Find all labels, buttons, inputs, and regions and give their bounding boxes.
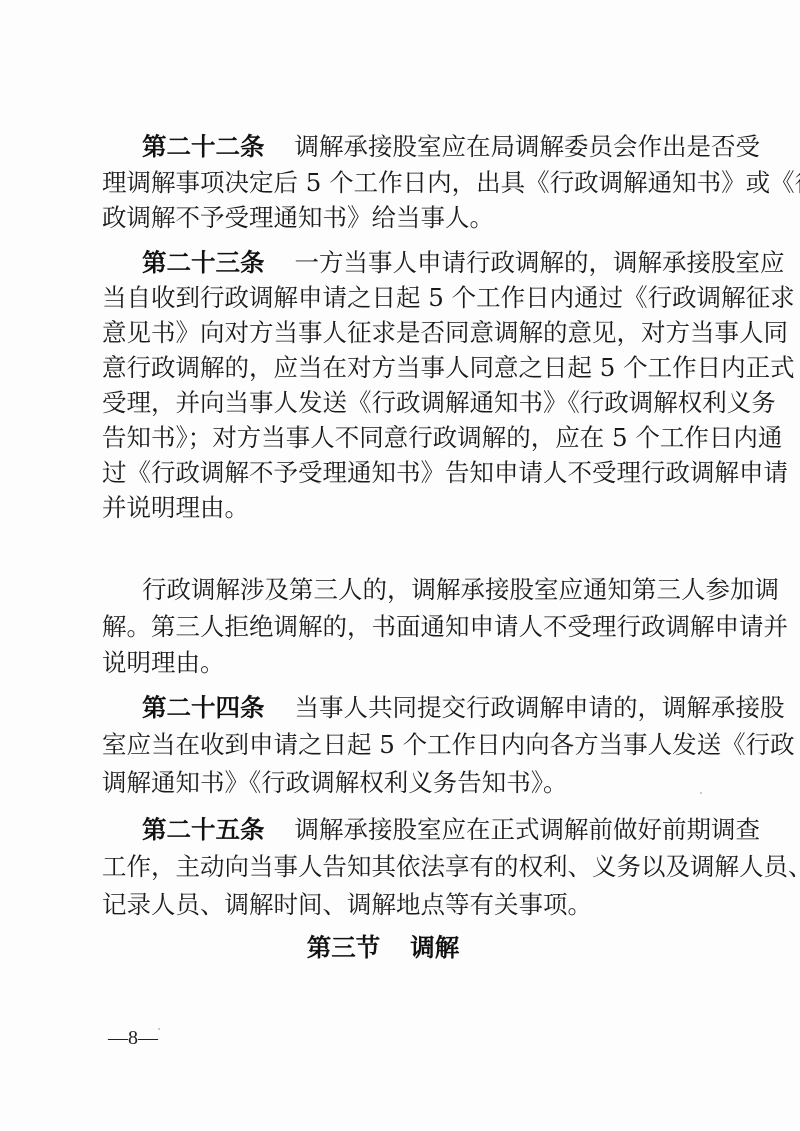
article-25-line-1: 第二十五条调解承接股室应在正式调解前做好前期调查 — [142, 812, 670, 848]
article-23-line-7: 过《行政调解不予受理通知书》告知申请人不受理行政调解申请 — [102, 455, 670, 491]
article-23-line-4: 意行政调解的，应当在对方当事人同意之日起 5 个工作日内正式 — [102, 350, 670, 386]
article-24-line-1: 第二十四条当事人共同提交行政调解申请的，调解承接股 — [142, 690, 670, 726]
third-party-paragraph-line-1: 行政调解涉及第三人的，调解承接股室应通知第三人参加调 — [142, 572, 670, 608]
article-number: 第二十五条 — [142, 815, 265, 844]
article-number: 第二十四条 — [142, 693, 265, 722]
article-25-line-3: 记录人员、调解时间、调解地点等有关事项。 — [102, 887, 670, 923]
article-23-line-2: 当自收到行政调解申请之日起 5 个工作日内通过《行政调解征求 — [102, 280, 670, 316]
article-25-line-2: 工作，主动向当事人告知其依法享有的权利、义务以及调解人员、 — [102, 849, 670, 885]
document-page: 第二十二条调解承接股室应在局调解委员会作出是否受 理调解事项决定后 5 个工作日… — [0, 0, 800, 1131]
article-24-line-2: 室应当在收到申请之日起 5 个工作日内向各方当事人发送《行政 — [102, 727, 670, 763]
article-text: 调解承接股室应在正式调解前做好前期调查 — [295, 815, 761, 844]
article-23-line-3: 意见书》向对方当事人征求是否同意调解的意见，对方当事人同 — [102, 315, 670, 351]
article-24-line-3: 调解通知书》《行政调解权利义务告知书》。 — [102, 765, 670, 801]
page-number: —8— — [108, 1023, 158, 1053]
section-heading: 第三节调解 — [0, 930, 766, 966]
section-number: 第三节 — [307, 933, 381, 962]
scan-speck — [158, 1028, 160, 1030]
article-23-line-8: 并说明理由。 — [102, 490, 670, 526]
article-23-line-1: 第二十三条一方当事人申请行政调解的，调解承接股室应 — [142, 245, 670, 281]
third-party-paragraph-line-2: 解。第三人拒绝调解的，书面通知申请人不受理行政调解申请并 — [102, 609, 670, 645]
article-text: 一方当事人申请行政调解的，调解承接股室应 — [295, 248, 785, 277]
article-22-line-1: 第二十二条调解承接股室应在局调解委员会作出是否受 — [142, 129, 670, 165]
scan-speck — [318, 482, 320, 484]
article-text: 调解承接股室应在局调解委员会作出是否受 — [295, 132, 761, 161]
section-title: 调解 — [410, 933, 459, 962]
article-22-line-2: 理调解事项决定后 5 个工作日内，出具《行政调解通知书》或《行 — [102, 165, 670, 201]
article-23-line-5: 受理，并向当事人发送《行政调解通知书》《行政调解权利义务 — [102, 385, 670, 421]
article-22-line-3: 政调解不予受理通知书》给当事人。 — [102, 200, 670, 236]
scan-speck — [700, 792, 702, 794]
article-number: 第二十二条 — [142, 132, 265, 161]
third-party-paragraph-line-3: 说明理由。 — [102, 645, 670, 681]
article-23-line-6: 告知书》；对方当事人不同意行政调解的，应在 5 个工作日内通 — [102, 420, 670, 456]
article-text: 当事人共同提交行政调解申请的，调解承接股 — [295, 693, 785, 722]
article-number: 第二十三条 — [142, 248, 265, 277]
